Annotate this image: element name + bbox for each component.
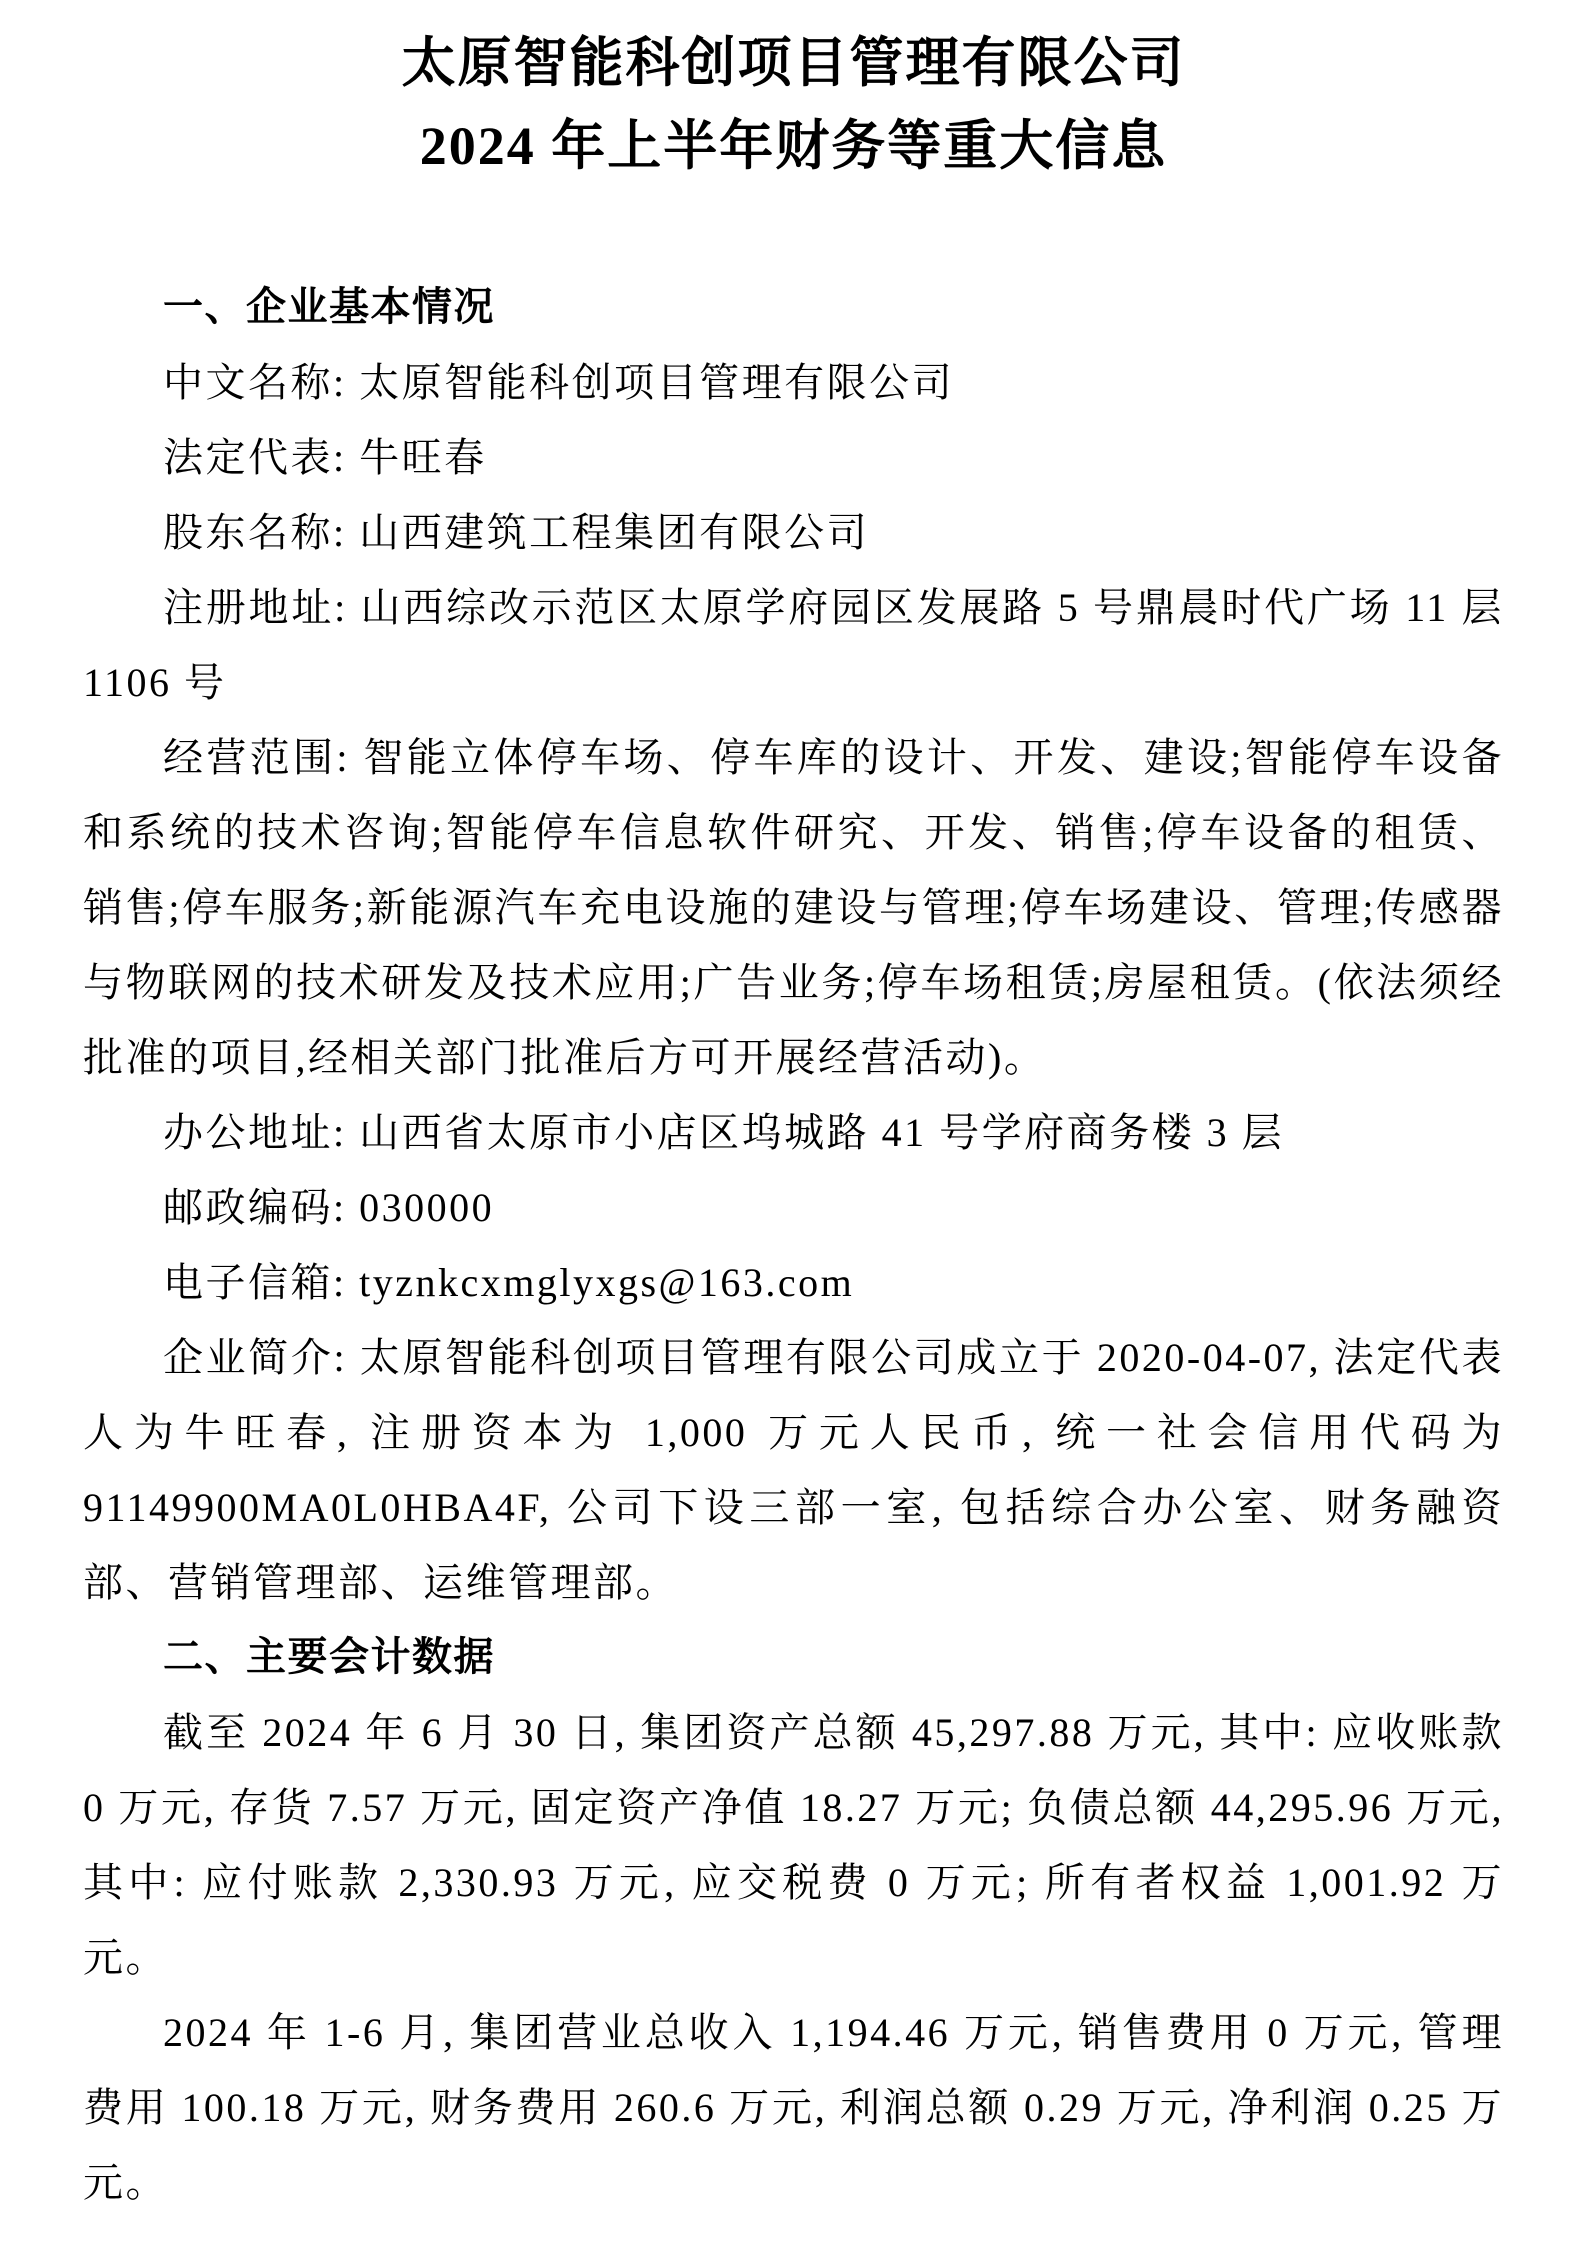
para-business-scope: 经营范围: 智能立体停车场、停车库的设计、开发、建设;智能停车设备和系统的技术咨… bbox=[83, 720, 1504, 1095]
document-page: 太原智能科创项目管理有限公司 2024 年上半年财务等重大信息 一、企业基本情况… bbox=[0, 0, 1587, 2245]
para-email: 电子信箱: tyznkcxmglyxgs@163.com bbox=[83, 1245, 1504, 1320]
para-balance-sheet-summary: 截至 2024 年 6 月 30 日, 集团资产总额 45,297.88 万元,… bbox=[83, 1695, 1504, 1995]
section-heading-basic-info: 一、企业基本情况 bbox=[83, 270, 1504, 345]
para-shareholder-name: 股东名称: 山西建筑工程集团有限公司 bbox=[83, 495, 1504, 570]
para-legal-representative: 法定代表: 牛旺春 bbox=[83, 420, 1504, 495]
para-company-profile: 企业简介: 太原智能科创项目管理有限公司成立于 2020-04-07, 法定代表… bbox=[83, 1320, 1504, 1620]
title-line-company-name: 太原智能科创项目管理有限公司 bbox=[83, 22, 1504, 105]
para-postal-code: 邮政编码: 030000 bbox=[83, 1170, 1504, 1245]
para-office-address: 办公地址: 山西省太原市小店区坞城路 41 号学府商务楼 3 层 bbox=[83, 1095, 1504, 1170]
section-heading-accounting-data: 二、主要会计数据 bbox=[83, 1620, 1504, 1695]
para-chinese-name: 中文名称: 太原智能科创项目管理有限公司 bbox=[83, 345, 1504, 420]
document-title: 太原智能科创项目管理有限公司 2024 年上半年财务等重大信息 bbox=[83, 22, 1504, 188]
document-body: 一、企业基本情况 中文名称: 太原智能科创项目管理有限公司 法定代表: 牛旺春 … bbox=[83, 270, 1504, 2220]
para-registered-address: 注册地址: 山西综改示范区太原学府园区发展路 5 号鼎晨时代广场 11 层 11… bbox=[83, 570, 1504, 720]
title-line-report-name: 2024 年上半年财务等重大信息 bbox=[83, 105, 1504, 188]
para-income-statement-summary: 2024 年 1-6 月, 集团营业总收入 1,194.46 万元, 销售费用 … bbox=[83, 1995, 1504, 2220]
